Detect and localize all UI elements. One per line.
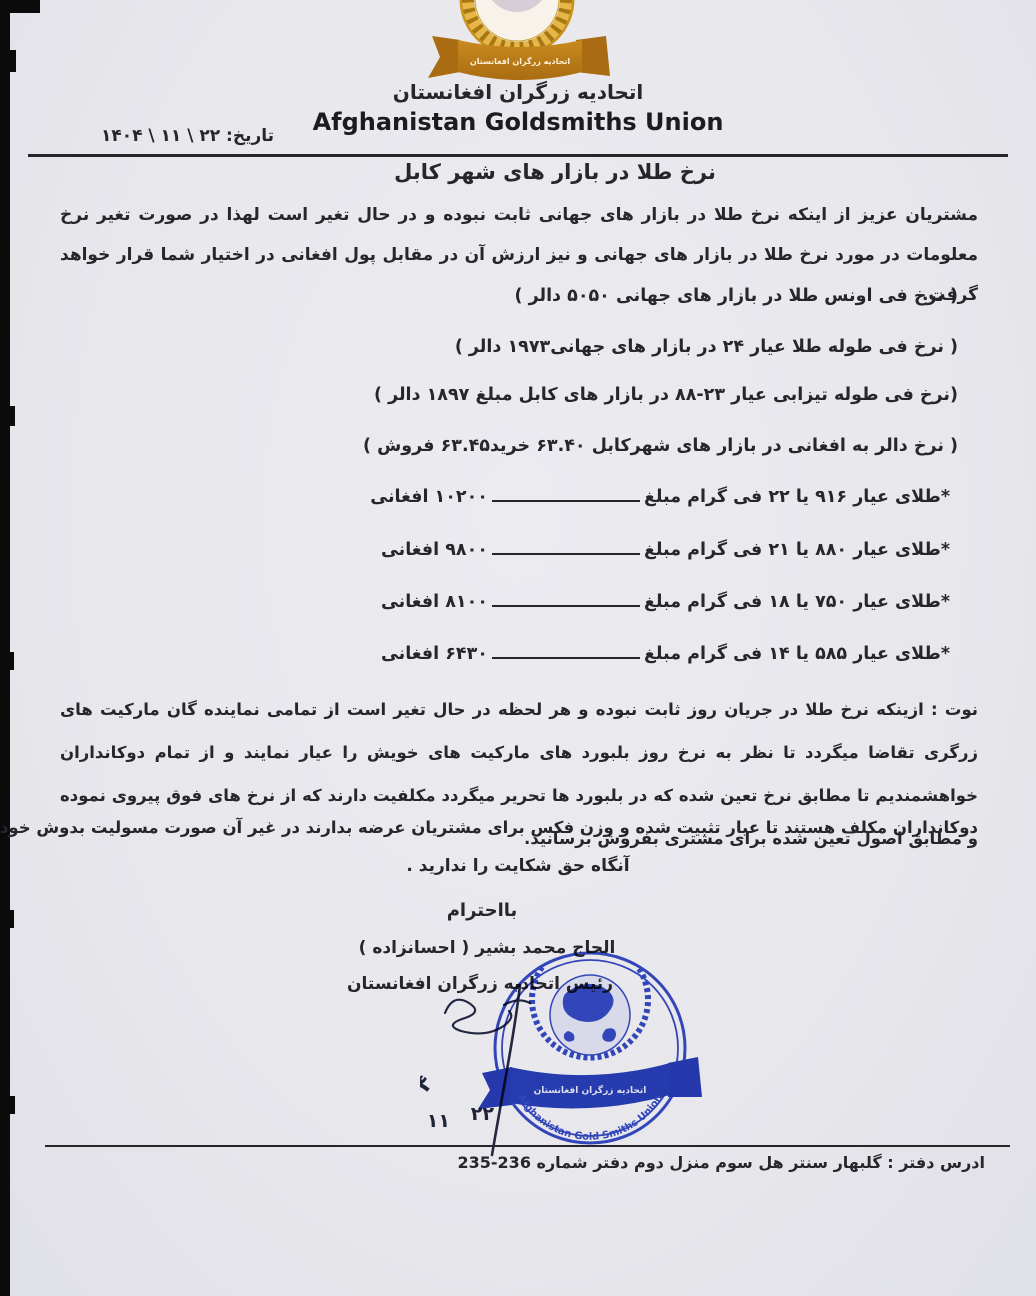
obligation-line-1: دوکانداران مکلف هستند تا عیار تثبیت شده … <box>40 818 978 837</box>
rate-line-ounce: ( نرخ فی اونس طلا در بازار های جهانی ۵۰۵… <box>515 286 958 306</box>
rate-line-tola-24k: ( نرخ فی طوله طلا عیار ۲۴ در بازار های ج… <box>455 337 958 357</box>
logo-ribbon-text: اتحادیه زرگران افغانستان <box>470 56 570 66</box>
dotted-fill-line <box>492 496 640 502</box>
gold-price-row-22k: *طلای عیار ۹۱۶ یا ۲۲ فی گرام مبلغ۱۰۲۰۰ ا… <box>370 487 950 507</box>
date-line: تاریخ: ۲۲ \ ۱۱ \ ۱۴۰۴ <box>80 126 295 146</box>
handwritten-date: ۱۴۰۴ ۱۱ ۲۲ <box>420 1071 494 1132</box>
rate-line-dollar-afn: ( نرخ دالر به افغانی در بازار های شهرکاب… <box>363 436 958 456</box>
price-value: ۱۰۲۰۰ افغانی <box>370 487 488 507</box>
handwritten-month: ۱۱ <box>427 1110 450 1132</box>
signature-scribble <box>445 985 530 1155</box>
stamp-ribbon-right-wing <box>668 1057 702 1097</box>
logo-ribbon-left-wing <box>428 36 460 78</box>
price-label: *طلای عیار ۷۵۰ یا ۱۸ فی گرام مبلغ <box>644 592 950 612</box>
dotted-fill-line <box>492 601 640 607</box>
price-value: ۸۱۰۰ افغانی <box>381 592 488 612</box>
page-title: نرخ طلا در بازار های شهر کابل <box>75 160 1035 184</box>
price-label: *طلای عیار ۸۸۰ یا ۲۱ فی گرام مبلغ <box>644 540 950 560</box>
handwritten-marks: ۱۴۰۴ ۱۱ ۲۲ <box>420 955 640 1165</box>
pen-stroke-diagonal <box>492 985 520 1155</box>
obligation-line-2: آنگاه حق شکایت را ندارید . <box>0 856 1036 876</box>
scan-notch <box>0 1096 15 1114</box>
rate-line-tezabi: (نرخ فی طوله تیزابی عیار ۲۳-۸۸ در بازار … <box>374 385 958 405</box>
dotted-fill-line <box>492 549 640 555</box>
signature-salutation: بااحترام <box>0 900 964 921</box>
price-value: ۶۴۳۰ افغانی <box>381 644 488 664</box>
price-value: ۹۸۰۰ افغانی <box>381 540 488 560</box>
scanned-letter-page: اتحادیه زرگران افغانستان اتحادیه زرگران … <box>0 0 1036 1296</box>
scan-notch <box>0 50 16 72</box>
gold-price-row-18k: *طلای عیار ۷۵۰ یا ۱۸ فی گرام مبلغ۸۱۰۰ اف… <box>381 592 950 612</box>
gold-price-row-21k: *طلای عیار ۸۸۰ یا ۲۱ فی گرام مبلغ۹۸۰۰ اف… <box>381 540 950 560</box>
gold-price-row-14k: *طلای عیار ۵۸۵ یا ۱۴ فی گرام مبلغ۶۴۳۰ اف… <box>381 644 950 664</box>
price-label: *طلای عیار ۵۸۵ یا ۱۴ فی گرام مبلغ <box>644 644 950 664</box>
scan-notch <box>0 652 14 670</box>
header-divider <box>28 154 1008 157</box>
footer-divider <box>45 1145 1010 1147</box>
scan-corner-mark <box>0 0 40 13</box>
scan-notch <box>0 406 15 426</box>
handwritten-day: ۲۲ <box>471 1103 495 1125</box>
office-address: ادرس دفتر : گلبهار سنتر هل سوم منزل دوم … <box>458 1153 986 1172</box>
price-label: *طلای عیار ۹۱۶ یا ۲۲ فی گرام مبلغ <box>644 487 950 507</box>
dotted-fill-line <box>492 653 640 659</box>
org-name-persian: اتحادیه زرگران افغانستان <box>0 80 1036 104</box>
